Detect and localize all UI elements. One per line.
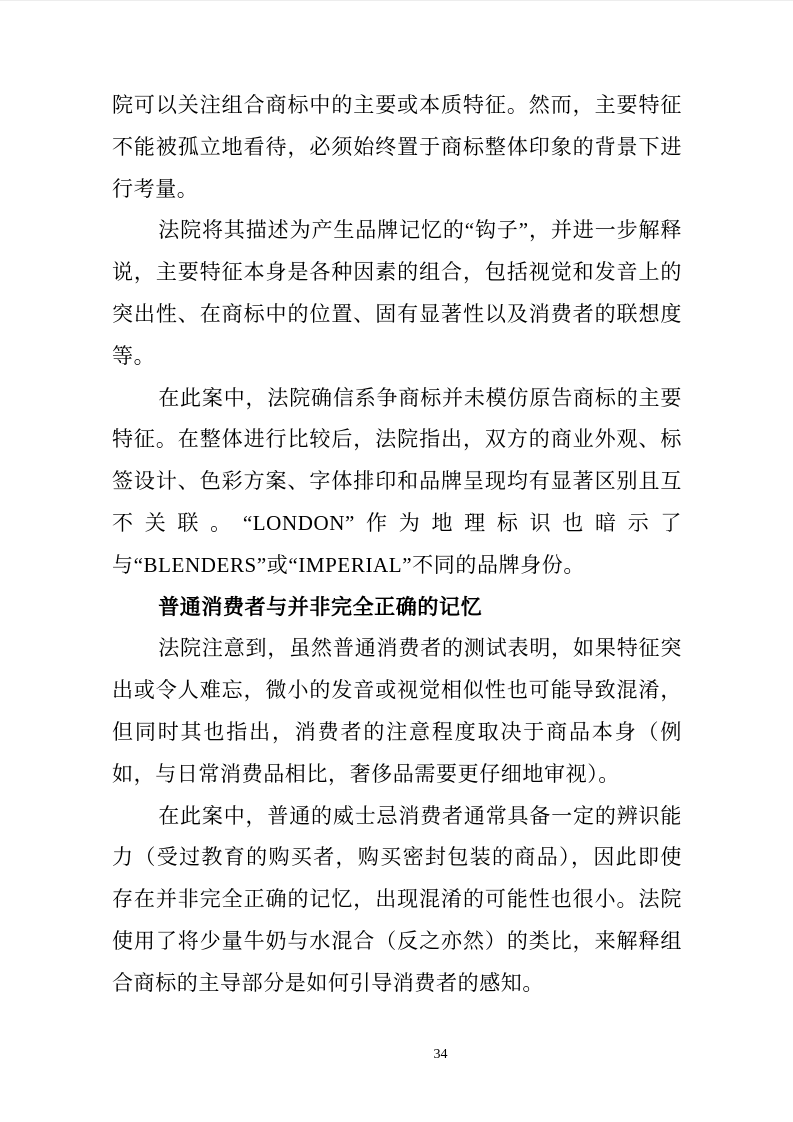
paragraph: 在此案中，法院确信系争商标并未模仿原告商标的主要特征。在整体进行比较后，法院指出… (112, 378, 682, 587)
document-body: 院可以关注组合商标中的主要或本质特征。然而，主要特征不能被孤立地看待，必须始终置… (112, 85, 682, 1005)
paragraph: 法院将其描述为产生品牌记忆的“钩子”，并进一步解释说，主要特征本身是各种因素的组… (112, 210, 682, 377)
paragraph-continuation: 院可以关注组合商标中的主要或本质特征。然而，主要特征不能被孤立地看待，必须始终置… (112, 85, 682, 210)
page-number: 34 (44, 1045, 793, 1065)
paragraph: 在此案中，普通的威士忌消费者通常具备一定的辨识能力（受过教育的购买者，购买密封包… (112, 796, 682, 1005)
document-page: 院可以关注组合商标中的主要或本质特征。然而，主要特征不能被孤立地看待，必须始终置… (0, 0, 793, 1122)
section-heading: 普通消费者与并非完全正确的记忆 (112, 587, 682, 629)
paragraph: 法院注意到，虽然普通消费者的测试表明，如果特征突出或令人难忘，微小的发音或视觉相… (112, 628, 682, 795)
